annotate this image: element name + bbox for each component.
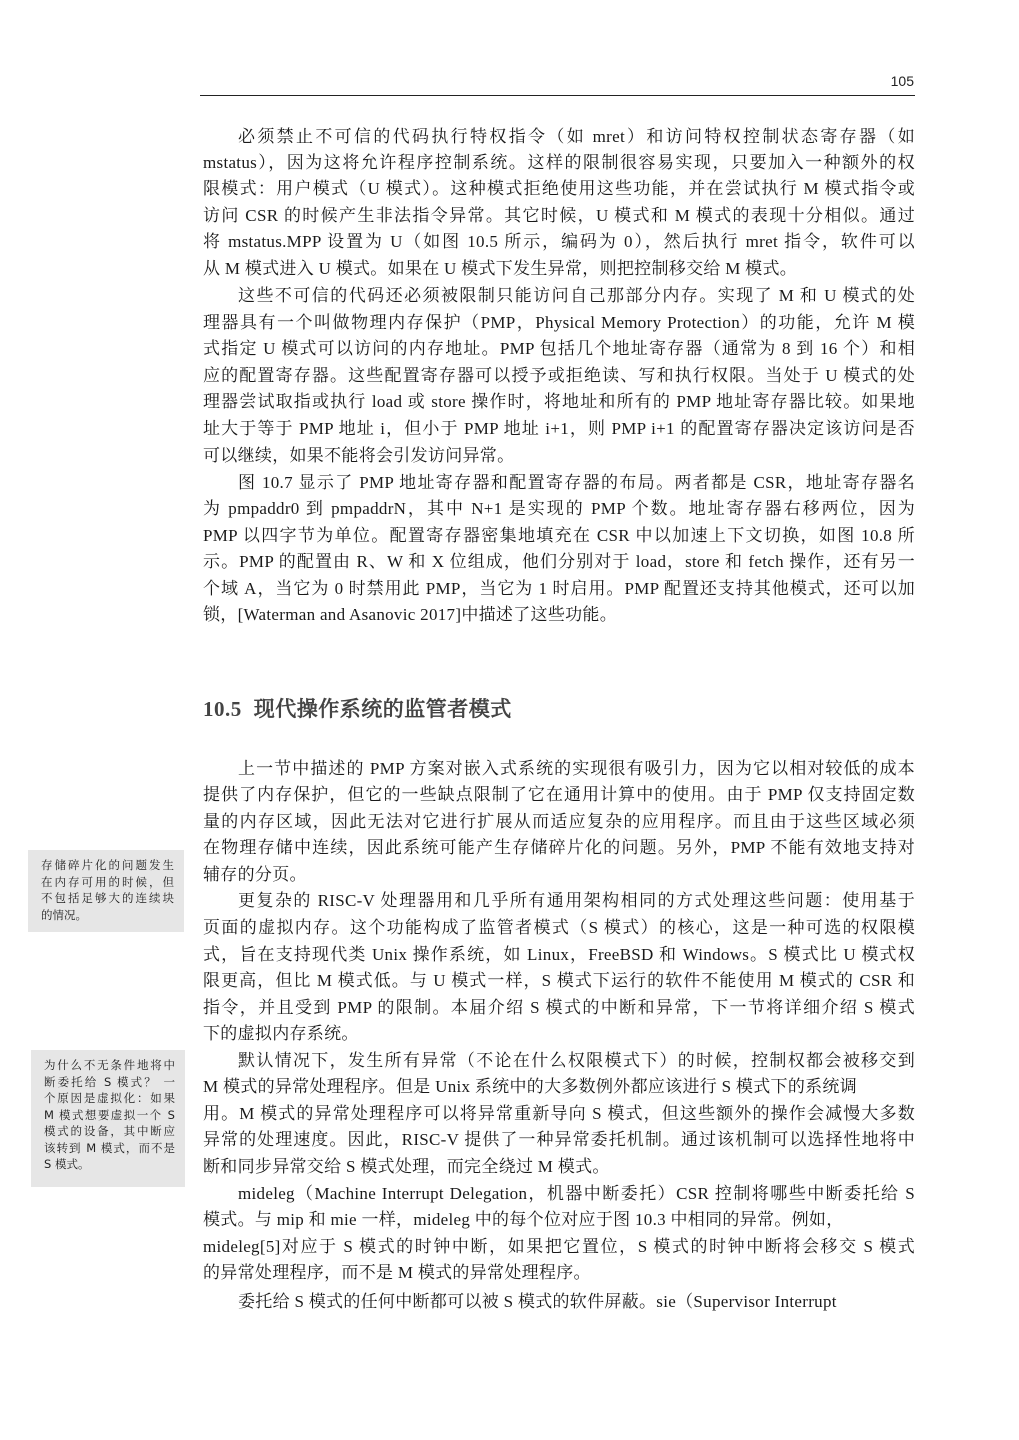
text-line: 可以继续，如果不能将会引发访问异常。 (203, 446, 915, 466)
note-line: 存储碎片化的问题发生 (41, 857, 174, 874)
text-line: 式，旨在支持现代类 Unix 操作系统，如 Linux，FreeBSD 和 Wi… (203, 945, 915, 965)
text-line: 辅存的分页。 (203, 865, 915, 885)
text-line: mideleg[5]对应于 S 模式的时钟中断，如果把它置位，S 模式的时钟中断… (203, 1237, 915, 1257)
text-line: 更复杂的 RISC-V 处理器用和几乎所有通用架构相同的方式处理这些问题：使用基… (238, 891, 915, 911)
page-number: 105 (860, 73, 914, 89)
text-line: 访问 CSR 的时候产生非法指令异常。其它时候，U 模式和 M 模式的表现十分相… (203, 206, 915, 226)
text-line: 示。PMP 的配置由 R、W 和 X 位组成，他们分别对于 load，store… (203, 552, 915, 572)
text-line: 下的虚拟内存系统。 (203, 1024, 915, 1044)
note-line: 模式的设备，其中断应 (44, 1123, 175, 1140)
text-line: 为 pmpaddr0 到 pmpaddrN，其中 N+1 是实现的 PMP 个数… (203, 499, 915, 519)
text-line: M 模式的异常处理程序。但是 Unix 系统中的大多数例外都应该进行 S 模式下… (203, 1077, 915, 1097)
text-line: 委托给 S 模式的任何中断都可以被 S 模式的软件屏蔽。sie（Supervis… (238, 1292, 915, 1312)
text-line: 提供了内存保护，但它的一些缺点限制了它在通用计算中的使用。由于 PMP 仅支持固… (203, 785, 915, 805)
text-line: 个域 A，当它为 0 时禁用此 PMP，当它为 1 时启用。PMP 配置还支持其… (203, 579, 915, 599)
text-line: 理器尝试取指或执行 load 或 store 操作时，将地址和所有的 PMP 地… (203, 392, 915, 412)
note-line: 在内存可用的时候，但 (41, 874, 174, 891)
text-line: 锁，[Waterman and Asanovic 2017]中描述了这些功能。 (203, 605, 915, 625)
note-line: 的情况。 (41, 907, 174, 924)
text-line: 用。M 模式的异常处理程序可以将异常重新导向 S 模式，但这些额外的操作会减慢大… (203, 1104, 915, 1124)
text-line: mstatus），因为这将允许程序控制系统。这样的限制很容易实现，只要加入一种额… (203, 153, 915, 173)
text-line: 址大于等于 PMP 地址 i，但小于 PMP 地址 i+1，则 PMP i+1 … (203, 419, 915, 439)
note-line: 不包括足够大的连续块 (41, 890, 174, 907)
note-line: 该转到 M 模式，而不是 (44, 1140, 175, 1157)
text-line: 将 mstatus.MPP 设置为 U（如图 10.5 所示，编码为 0），然后… (203, 232, 915, 252)
text-line: 异常的处理速度。因此，RISC-V 提供了一种异常委托机制。通过该机制可以选择性… (203, 1130, 915, 1150)
text-line: 应的配置寄存器。这些配置寄存器可以授予或拒绝读、写和执行权限。当处于 U 模式的… (203, 366, 915, 386)
text-line: 这些不可信的代码还必须被限制只能访问自己那部分内存。实现了 M 和 U 模式的处 (238, 286, 915, 306)
text-line: 理器具有一个叫做物理内存保护（PMP，Physical Memory Prote… (203, 313, 915, 333)
text-line: 的异常处理程序，而不是 M 模式的异常处理程序。 (203, 1263, 915, 1283)
text-line: 默认情况下，发生所有异常（不论在什么权限模式下）的时候，控制权都会被移交到 (238, 1051, 915, 1071)
text-line: 指令，并且受到 PMP 的限制。本届介绍 S 模式的中断和异常，下一节将详细介绍… (203, 998, 915, 1018)
text-line: mideleg（Machine Interrupt Delegation，机器中… (238, 1184, 915, 1204)
text-line: 式指定 U 模式可以访问的内存地址。PMP 包括几个地址寄存器（通常为 8 到 … (203, 339, 915, 359)
note-line: S 模式。 (44, 1156, 175, 1173)
margin-note-delegation: 为什么不无条件地将中 断委托给 S 模式？ 一 个原因是虚拟化：如果 M 模式想… (31, 1050, 185, 1187)
section-number: 10.5 (203, 697, 242, 721)
text-line: 页面的虚拟内存。这个功能构成了监管者模式（S 模式）的核心，这是一种可选的权限模 (203, 918, 915, 938)
text-line: PMP 以四字节为单位。配置寄存器密集地填充在 CSR 中以加速上下文切换，如图… (203, 526, 915, 546)
text-line: 必须禁止不可信的代码执行特权指令（如 mret）和访问特权控制状态寄存器（如 (238, 127, 915, 147)
text-line: 图 10.7 显示了 PMP 地址寄存器和配置寄存器的布局。两者都是 CSR，地… (238, 473, 915, 493)
text-line: 量的内存区域，因此无法对它进行扩展从而适应复杂的应用程序。而且由于这些区域必须 (203, 812, 915, 832)
text-line: 在物理存储中连续，因此系统可能产生存储碎片化的问题。另外，PMP 不能有效地支持… (203, 838, 915, 858)
text-line: 模式。与 mip 和 mie 一样，mideleg 中的每个位对应于图 10.3… (203, 1210, 915, 1230)
text-line: 限模式：用户模式（U 模式）。这种模式拒绝使用这些功能，并在尝试执行 M 模式指… (203, 179, 915, 199)
text-line: 上一节中描述的 PMP 方案对嵌入式系统的实现很有吸引力，因为它以相对较低的成本 (238, 759, 915, 779)
margin-note-fragmentation: 存储碎片化的问题发生 在内存可用的时候，但 不包括足够大的连续块 的情况。 (28, 850, 184, 932)
text-line: 限更高，但比 M 模式低。与 U 模式一样，S 模式下运行的软件不能使用 M 模… (203, 971, 915, 991)
note-line: 个原因是虚拟化：如果 (44, 1090, 175, 1107)
text-line: 断和同步异常交给 S 模式处理，而完全绕过 M 模式。 (203, 1157, 915, 1177)
note-line: 断委托给 S 模式？ 一 (44, 1074, 175, 1091)
section-heading: 10.5现代操作系统的监管者模式 (203, 693, 512, 723)
text-line: 从 M 模式进入 U 模式。如果在 U 模式下发生异常，则把控制移交给 M 模式… (203, 259, 915, 279)
note-line: M 模式想要虚拟一个 S (44, 1107, 175, 1124)
note-line: 为什么不无条件地将中 (44, 1057, 175, 1074)
header-rule (200, 95, 915, 96)
section-title: 现代操作系统的监管者模式 (254, 697, 512, 721)
